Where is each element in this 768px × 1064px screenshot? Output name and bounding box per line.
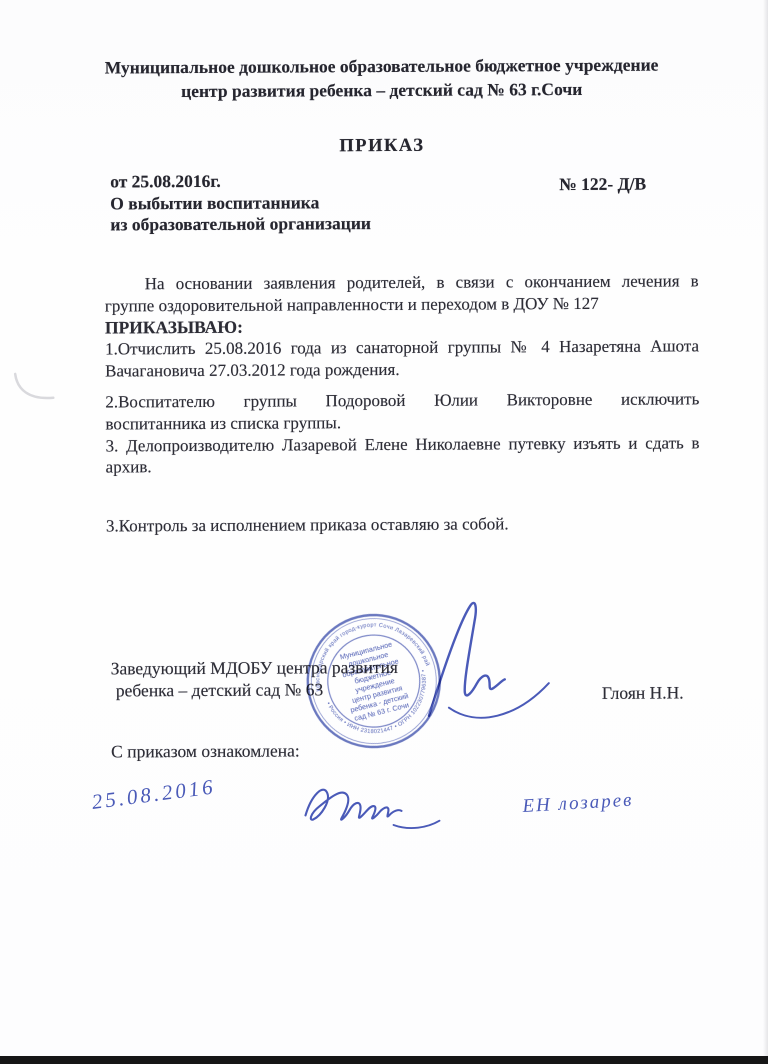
item-2-line-1: 2.Воспитателю группы Подоровой Юлии Викт…	[105, 388, 699, 413]
item-3-line-1: 3. Делопроизводителю Лазаревой Елене Ник…	[105, 432, 699, 457]
scan-bottom-bar	[0, 1056, 768, 1064]
handwritten-date: 25.08.2016	[90, 772, 232, 815]
item-2-line-2: воспитанника из списка группы.	[105, 410, 699, 435]
order-subject-line-2: из образовательной организации	[110, 213, 371, 236]
org-name-line-2: центр развития ребенка – детский сад № 6…	[0, 76, 766, 104]
order-body: На основании заявления родителей, в связ…	[105, 270, 700, 537]
acknowledger-signature	[293, 772, 468, 845]
preamble-line-1: На основании заявления родителей, в связ…	[105, 270, 699, 295]
handwritten-acknowledger-name: ЕН лозарев	[522, 786, 703, 818]
scan-artifact-curve	[7, 363, 97, 409]
scan-right-edge-shadow	[763, 0, 768, 1064]
order-number: № 122- Д/В	[559, 174, 646, 195]
acknowledgement-label: С приказом ознакомлена:	[111, 740, 300, 762]
order-title: ПРИКАЗ	[0, 134, 766, 159]
director-signature	[418, 595, 564, 731]
item-1-line-2: Вачагановича 27.03.2012 года рождения.	[105, 358, 699, 383]
order-subject-line-1: О выбытии воспитанника	[110, 192, 371, 215]
control-line: 3.Контроль за исполнением приказа оставл…	[106, 513, 700, 538]
item-1-line-1: 1.Отчислить 25.08.2016 года из санаторно…	[105, 336, 699, 361]
item-3-line-2: архив.	[106, 454, 700, 479]
org-name-line-1: Муниципальное дошкольное образовательное…	[0, 52, 766, 80]
order-meta: от 25.08.2016г. О выбытии воспитанника и…	[110, 170, 371, 236]
org-header: Муниципальное дошкольное образовательное…	[0, 52, 766, 104]
signatory-name: Глоян Н.Н.	[602, 682, 684, 703]
preamble-line-2: группе оздоровительной направленности и …	[105, 292, 699, 317]
resolve-word: ПРИКАЗЫВАЮ:	[105, 314, 699, 339]
order-date: от 25.08.2016г.	[110, 170, 371, 193]
document-page: Муниципальное дошкольное образовательное…	[0, 0, 768, 1064]
paragraph-gap	[106, 476, 700, 516]
